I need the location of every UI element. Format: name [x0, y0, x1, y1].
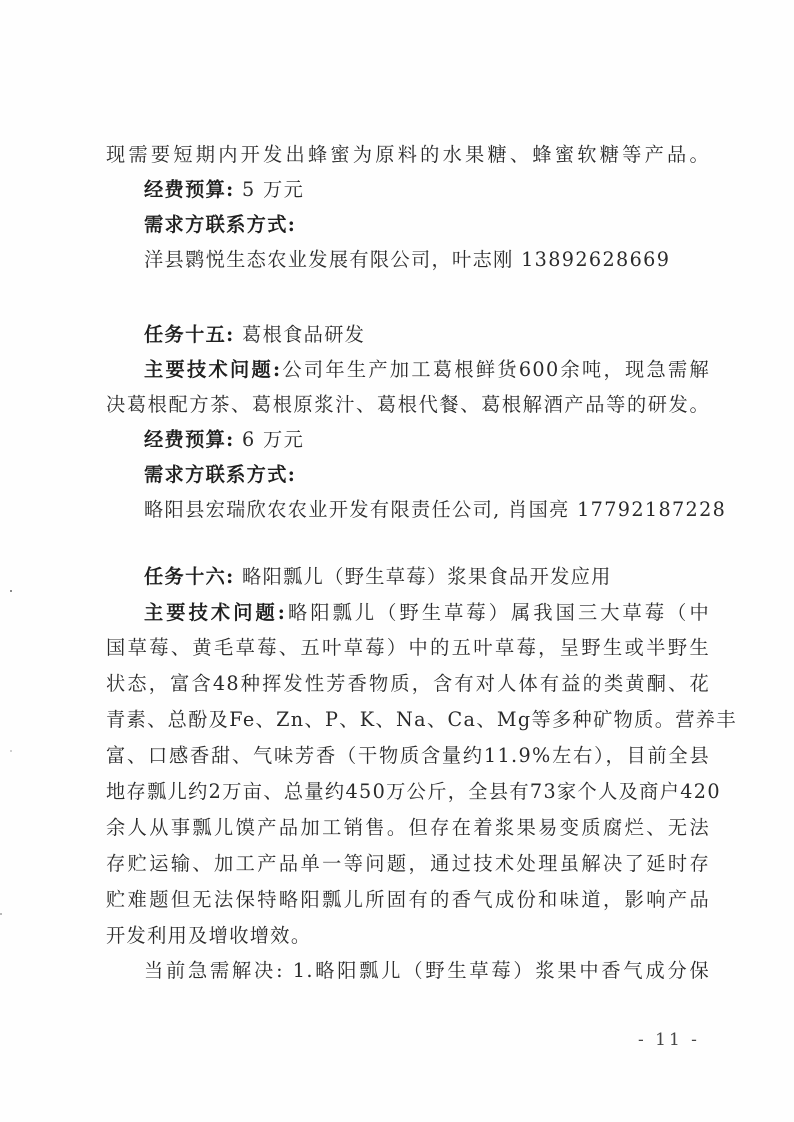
- task15-contact-label: 需求方联系方式:: [144, 457, 710, 493]
- document-page: 现需要短期内开发出蜂蜜为原料的水果糖、蜂蜜软糖等产品。 经费预算: 5 万元 需…: [0, 0, 794, 1122]
- task14-contact-label: 需求方联系方式:: [144, 207, 710, 243]
- problem-label: 主要技术问题:: [144, 358, 281, 381]
- paragraph-line: 贮难题但无法保特略阳瓢儿所固有的香气成份和味道，影响产品: [106, 882, 710, 918]
- paragraph-line: 余人从事瓢儿馍产品加工销售。但存在着浆果易变质腐烂、无法: [106, 810, 710, 846]
- task14-budget: 经费预算: 5 万元: [144, 172, 710, 208]
- task16-title: 任务十六: 略阳瓢儿（野生草莓）浆果食品开发应用: [144, 559, 710, 595]
- paragraph-line: 决葛根配方茶、葛根原浆汁、葛根代餐、葛根解酒产品等的研发。: [106, 387, 710, 423]
- paragraph-line: 青素、总酚及Fe、Zn、P、K、Na、Ca、Mg等多种矿物质。营养丰: [106, 702, 710, 738]
- page-number: - 11 -: [638, 1030, 700, 1050]
- task15-title: 任务十五: 葛根食品研发: [144, 317, 710, 353]
- task-title-value: 略阳瓢儿（野生草莓）浆果食品开发应用: [242, 565, 612, 588]
- budget-value: 6 万元: [242, 428, 304, 451]
- task-title-label: 任务十五:: [144, 323, 235, 346]
- task-title-label: 任务十六:: [144, 565, 235, 588]
- problem-text: 公司年生产加工葛根鲜货600余吨，现急需解: [281, 358, 710, 381]
- task15-budget: 经费预算: 6 万元: [144, 422, 710, 458]
- paragraph-line: 富、口感香甜、气味芳香（干物质含量约11.9%左右），目前全县: [106, 738, 710, 774]
- task14-contact-value: 洋县鹮悦生态农业发展有限公司，叶志刚 13892628669: [144, 242, 710, 278]
- paragraph-line: 开发利用及增收增效。: [106, 918, 710, 954]
- task-title-value: 葛根食品研发: [242, 323, 365, 346]
- paragraph-line: 国草莓、黄毛草莓、五叶草莓）中的五叶草莓，呈野生或半野生: [106, 630, 710, 666]
- problem-text: 略阳瓢儿（野生草莓）属我国三大草莓（中: [286, 601, 710, 624]
- task15-problem: 主要技术问题:公司年生产加工葛根鲜货600余吨，现急需解: [144, 352, 710, 388]
- paragraph-line: 状态，富含48种挥发性芳香物质，含有对人体有益的类黄酮、花: [106, 666, 710, 702]
- budget-value: 5 万元: [242, 178, 304, 201]
- budget-label: 经费预算:: [144, 428, 235, 451]
- task15-contact-value: 略阳县宏瑞欣农农业开发有限责任公司, 肖国亮 17792187228: [144, 492, 710, 528]
- urgent-line: 当前急需解决: 1.略阳瓢儿（野生草莓）浆果中香气成分保: [144, 953, 710, 989]
- scan-speck: [10, 750, 12, 752]
- task16-problem: 主要技术问题:略阳瓢儿（野生草莓）属我国三大草莓（中: [144, 595, 710, 631]
- paragraph-line: 现需要短期内开发出蜂蜜为原料的水果糖、蜂蜜软糖等产品。: [106, 137, 710, 173]
- paragraph-line: 地存瓢儿约2万亩、总量约450万公斤，全县有73家个人及商户420: [106, 774, 710, 810]
- paragraph-line: 存贮运输、加工产品单一等问题，通过技术处理虽解决了延时存: [106, 846, 710, 882]
- budget-label: 经费预算:: [144, 178, 235, 201]
- scan-speck: [10, 590, 12, 592]
- problem-label: 主要技术问题:: [144, 601, 286, 624]
- scan-speck: [0, 913, 2, 915]
